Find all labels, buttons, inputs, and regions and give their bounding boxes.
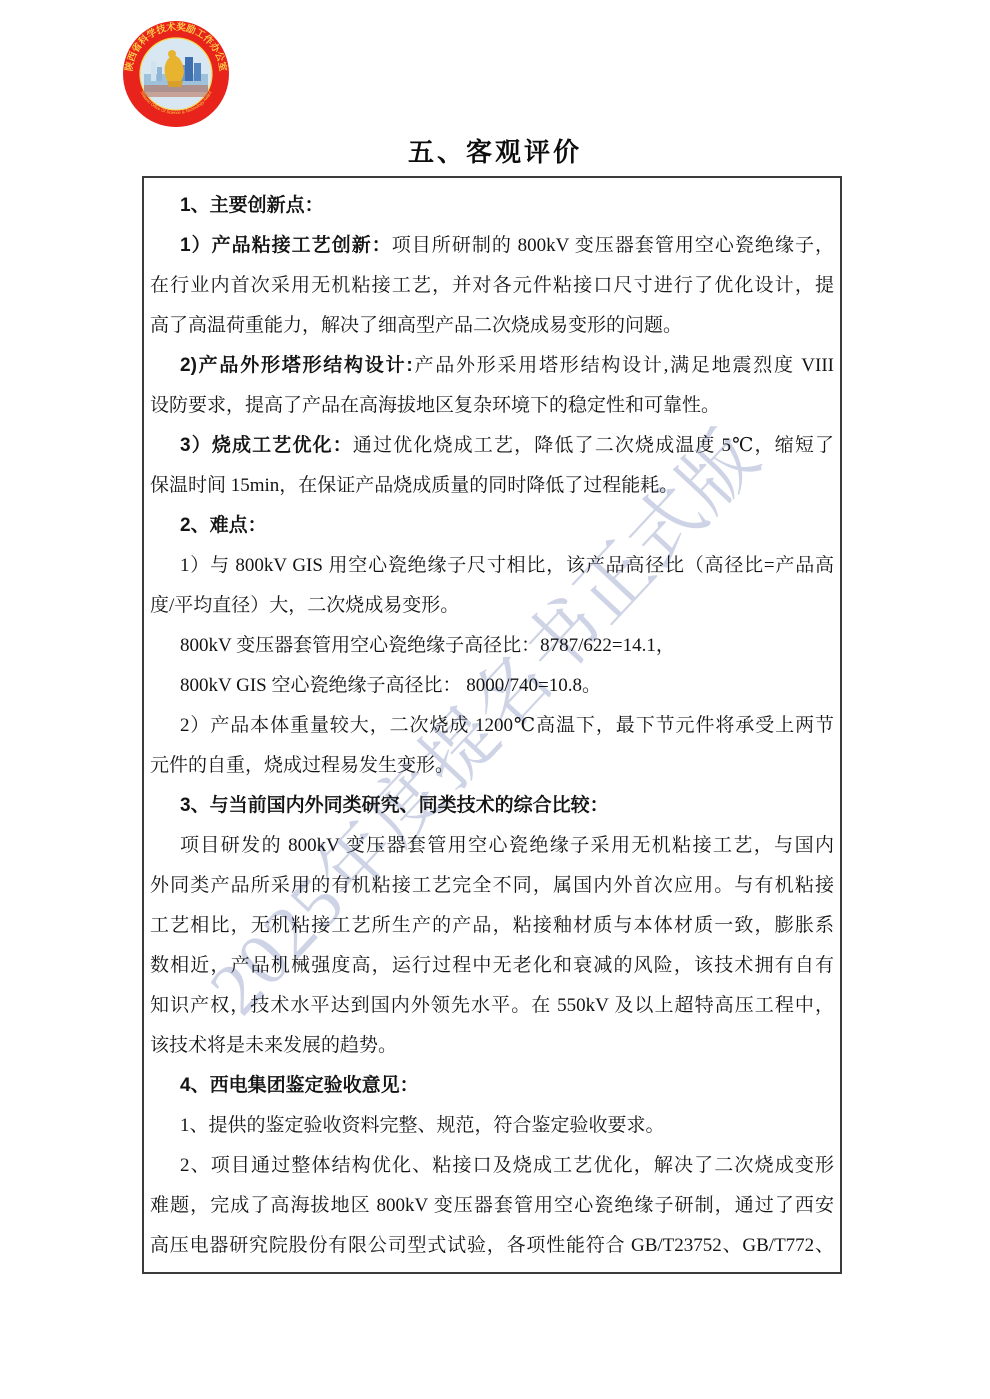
text-segment: 外同类产品所采用的有机粘接工艺完全不同，属国内外首次应用。与有机粘接 [150,875,834,896]
box-content: 1、主要创新点：1）产品粘接工艺创新：项目所研制的 800kV 变压器套管用空心… [150,186,834,1266]
text-segment: 保温时间 15min，在保证产品烧成质量的同时降低了过程能耗。 [150,475,678,496]
text-segment: 800kV 变压器套管用空心瓷绝缘子高径比：8787/622=14.1， [180,635,675,656]
text-line: 2)产品外形塔形结构设计:产品外形采用塔形结构设计,满足地震烈度 VIII [150,346,834,386]
text-segment: 高压电器研究院股份有限公司型式试验，各项性能符合 GB/T23752、GB/T7… [150,1235,834,1256]
text-segment-bold: 4、西电集团鉴定验收意见： [180,1075,419,1096]
document-page: { "page": { "title": "五、客观评价", "watermar… [0,0,990,1399]
text-segment-bold: 3、与当前国内外同类研究、同类技术的综合比较： [180,795,609,816]
text-line: 度/平均直径）大，二次烧成易变形。 [150,586,834,626]
text-line: 2、项目通过整体结构优化、粘接口及烧成工艺优化，解决了二次烧成变形 [150,1146,834,1186]
seal-logo-graphic: 陕西省科学技术奖励工作办公室 Shaanxi Office Of Science… [121,19,231,129]
text-segment-bold: 1、主要创新点： [180,195,324,216]
text-line: 设防要求，提高了产品在高海拔地区复杂环境下的稳定性和可靠性。 [150,386,834,426]
text-segment: 项目研发的 800kV 变压器套管用空心瓷绝缘子采用无机粘接工艺，与国内 [180,835,834,856]
award-office-seal-logo: 陕西省科学技术奖励工作办公室 Shaanxi Office Of Science… [121,19,231,129]
text-line: 3、与当前国内外同类研究、同类技术的综合比较： [150,786,834,826]
text-segment: 800kV GIS 空心瓷绝缘子高径比： 8000/740=10.8。 [180,675,601,696]
text-line: 元件的自重，烧成过程易发生变形。 [150,746,834,786]
text-segment: 工艺相比，无机粘接工艺所生产的产品，粘接釉材质与本体材质一致，膨胀系 [150,915,834,936]
objective-evaluation-box: 1、主要创新点：1）产品粘接工艺创新：项目所研制的 800kV 变压器套管用空心… [142,176,842,1274]
text-segment: 度/平均直径）大，二次烧成易变形。 [150,595,459,616]
text-line: 1、主要创新点： [150,186,834,226]
text-line: 高压电器研究院股份有限公司型式试验，各项性能符合 GB/T23752、GB/T7… [150,1226,834,1266]
text-line: 800kV GIS 空心瓷绝缘子高径比： 8000/740=10.8。 [150,666,834,706]
text-segment: 项目所研制的 800kV 变压器套管用空心瓷绝缘子， [392,235,834,256]
text-line: 3）烧成工艺优化：通过优化烧成工艺，降低了二次烧成温度 5℃，缩短了 [150,426,834,466]
text-segment: 难题，完成了高海拔地区 800kV 变压器套管用空心瓷绝缘子研制，通过了西安 [150,1195,834,1216]
text-line: 4、西电集团鉴定验收意见： [150,1066,834,1106]
text-segment-bold: 2)产品外形塔形结构设计: [180,355,413,376]
text-segment: 设防要求，提高了产品在高海拔地区复杂环境下的稳定性和可靠性。 [150,395,720,416]
text-line: 难题，完成了高海拔地区 800kV 变压器套管用空心瓷绝缘子研制，通过了西安 [150,1186,834,1226]
text-segment-bold: 2、难点： [180,515,267,536]
text-segment: 知识产权，技术水平达到国内外领先水平。在 550kV 及以上超特高压工程中， [150,995,834,1016]
text-line: 知识产权，技术水平达到国内外领先水平。在 550kV 及以上超特高压工程中， [150,986,834,1026]
text-line: 保温时间 15min，在保证产品烧成质量的同时降低了过程能耗。 [150,466,834,506]
text-line: 2、难点： [150,506,834,546]
text-segment: 2）产品本体重量较大，二次烧成 1200℃高温下，最下节元件将承受上两节 [180,715,834,736]
text-segment: 高了高温荷重能力，解决了细高型产品二次烧成易变形的问题。 [150,315,682,336]
text-line: 800kV 变压器套管用空心瓷绝缘子高径比：8787/622=14.1， [150,626,834,666]
text-segment-bold: 3）烧成工艺优化： [180,435,353,456]
text-segment: 1）与 800kV GIS 用空心瓷绝缘子尺寸相比，该产品高径比（高径比=产品高 [180,555,834,576]
text-segment: 通过优化烧成工艺，降低了二次烧成温度 5℃，缩短了 [353,435,834,456]
text-line: 在行业内首次采用无机粘接工艺，并对各元件粘接口尺寸进行了优化设计，提 [150,266,834,306]
text-segment: 数相近，产品机械强度高，运行过程中无老化和衰减的风险，该技术拥有自有 [150,955,834,976]
text-line: 项目研发的 800kV 变压器套管用空心瓷绝缘子采用无机粘接工艺，与国内 [150,826,834,866]
text-line: 1、提供的鉴定验收资料完整、规范，符合鉴定验收要求。 [150,1106,834,1146]
text-line: 高了高温荷重能力，解决了细高型产品二次烧成易变形的问题。 [150,306,834,346]
text-line: 工艺相比，无机粘接工艺所生产的产品，粘接釉材质与本体材质一致，膨胀系 [150,906,834,946]
text-line: 1）与 800kV GIS 用空心瓷绝缘子尺寸相比，该产品高径比（高径比=产品高 [150,546,834,586]
text-segment: 该技术将是未来发展的趋势。 [150,1035,397,1056]
text-line: 2）产品本体重量较大，二次烧成 1200℃高温下，最下节元件将承受上两节 [150,706,834,746]
text-segment: 在行业内首次采用无机粘接工艺，并对各元件粘接口尺寸进行了优化设计，提 [150,275,834,296]
text-line: 该技术将是未来发展的趋势。 [150,1026,834,1066]
text-segment: 2、项目通过整体结构优化、粘接口及烧成工艺优化，解决了二次烧成变形 [180,1155,834,1176]
text-line: 外同类产品所采用的有机粘接工艺完全不同，属国内外首次应用。与有机粘接 [150,866,834,906]
page-title: 五、客观评价 [0,132,990,169]
text-line: 数相近，产品机械强度高，运行过程中无老化和衰减的风险，该技术拥有自有 [150,946,834,986]
text-segment: 产品外形采用塔形结构设计,满足地震烈度 VIII [413,355,834,376]
text-segment: 元件的自重，烧成过程易发生变形。 [150,755,454,776]
text-segment-bold: 1）产品粘接工艺创新： [180,235,392,256]
text-line: 1）产品粘接工艺创新：项目所研制的 800kV 变压器套管用空心瓷绝缘子， [150,226,834,266]
text-segment: 1、提供的鉴定验收资料完整、规范，符合鉴定验收要求。 [180,1115,665,1136]
